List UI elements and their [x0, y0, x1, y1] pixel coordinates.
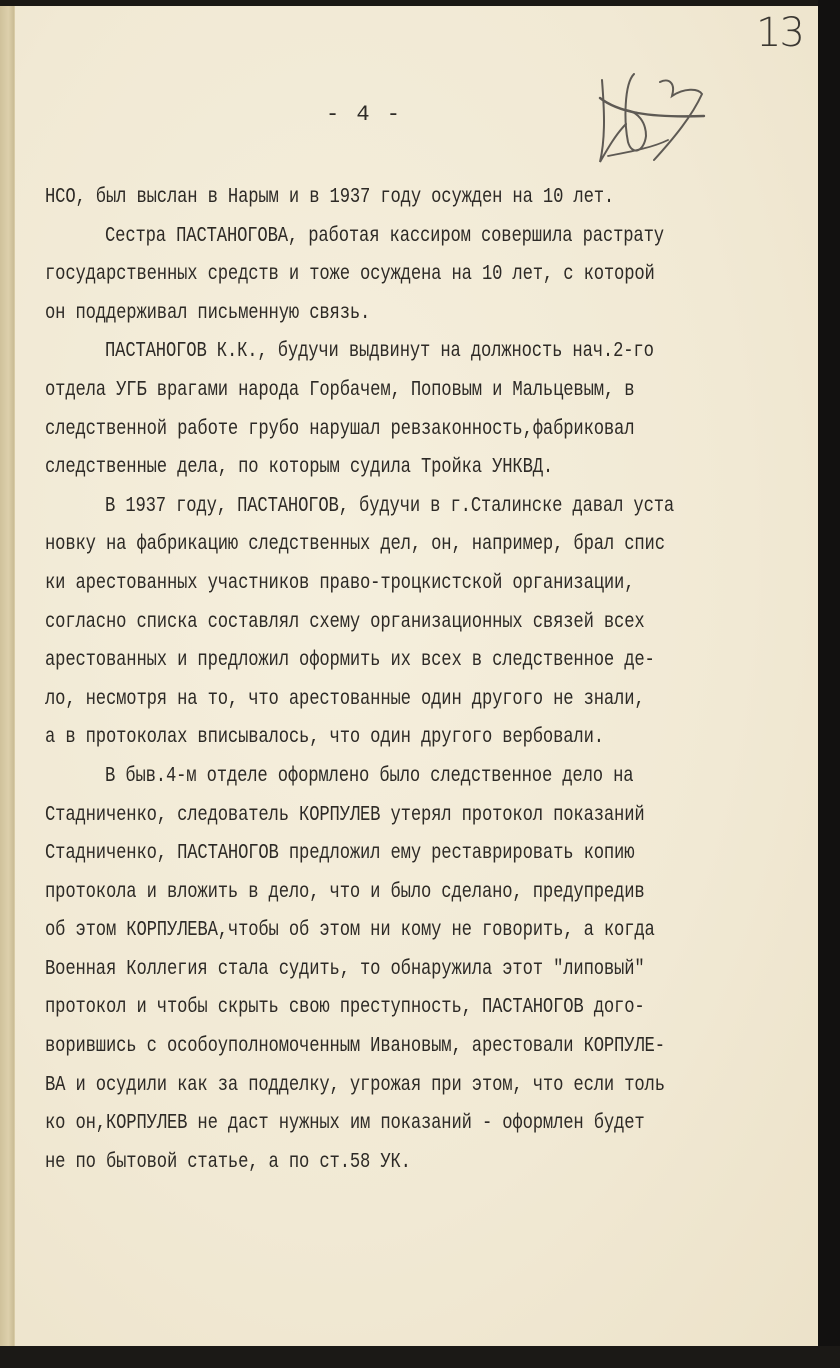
text-line: Стадниченко, следователь КОРПУЛЕВ утерял… — [45, 796, 677, 835]
typed-body-text: НСО, был выслан в Нарым и в 1937 году ос… — [45, 178, 677, 1181]
scanner-right-edge — [818, 0, 840, 1368]
signature-icon — [588, 66, 718, 166]
text-line: об этом КОРПУЛЕВА,чтобы об этом ни кому … — [45, 911, 677, 950]
text-line: протокола и вложить в дело, что и было с… — [45, 873, 677, 912]
text-line: отдела УГБ врагами народа Горбачем, Попо… — [45, 371, 677, 410]
text-line: В 1937 году, ПАСТАНОГОВ, будучи в г.Стал… — [45, 487, 677, 526]
scanner-bottom-edge — [0, 1346, 840, 1368]
text-line: ло, несмотря на то, что арестованные оди… — [45, 680, 677, 719]
text-line: В быв.4-м отделе оформлено было следстве… — [45, 757, 677, 796]
text-line: Сестра ПАСТАНОГОВА, работая кассиром сов… — [45, 217, 677, 256]
text-line: Военная Коллегия стала судить, то обнару… — [45, 950, 677, 989]
text-line: Стадниченко, ПАСТАНОГОВ предложил ему ре… — [45, 834, 677, 873]
text-line: ВА и осудили как за подделку, угрожая пр… — [45, 1066, 677, 1105]
text-line: ПАСТАНОГОВ К.К., будучи выдвинут на долж… — [45, 332, 677, 371]
page-number: - 4 - — [326, 102, 402, 127]
text-line: согласно списка составлял схему организа… — [45, 603, 677, 642]
text-line: а в протоколах вписывалось, что один дру… — [45, 718, 677, 757]
text-line: он поддерживал письменную связь. — [45, 294, 677, 333]
text-line: протокол и чтобы скрыть свою преступност… — [45, 988, 677, 1027]
text-line: не по бытовой статье, а по ст.58 УК. — [45, 1143, 677, 1182]
binding-strip — [0, 6, 14, 1346]
text-line: ко он,КОРПУЛЕВ не даст нужных им показан… — [45, 1104, 677, 1143]
text-line: ворившись с особоуполномоченным Ивановым… — [45, 1027, 677, 1066]
folio-number: 13 — [756, 10, 803, 56]
text-line: новку на фабрикацию следственных дел, он… — [45, 525, 677, 564]
text-line: арестованных и предложил оформить их все… — [45, 641, 677, 680]
text-line: следственной работе грубо нарушал ревзак… — [45, 410, 677, 449]
text-line: следственные дела, по которым судила Тро… — [45, 448, 677, 487]
text-line: ки арестованных участников право-троцкис… — [45, 564, 677, 603]
text-line: государственных средств и тоже осуждена … — [45, 255, 677, 294]
text-line: НСО, был выслан в Нарым и в 1937 году ос… — [45, 178, 677, 217]
